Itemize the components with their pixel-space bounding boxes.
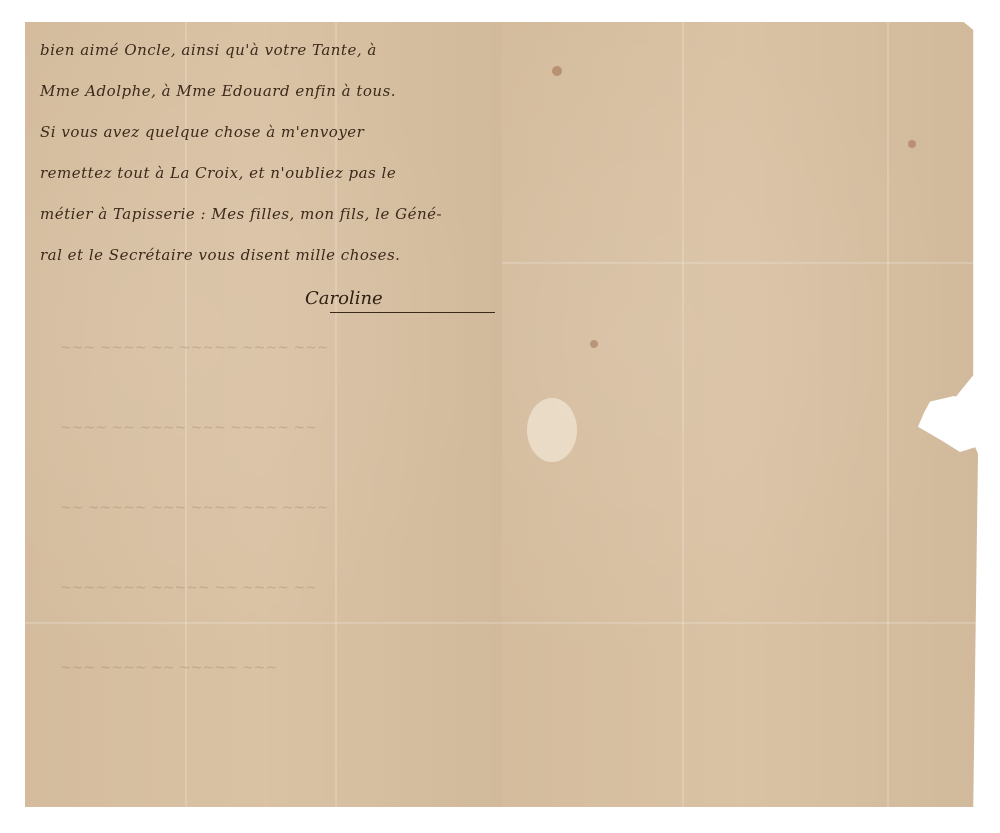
- bleed-through-text: ~~~~ ~~~ ~~~~~ ~~ ~~~~ ~~: [60, 580, 317, 596]
- bleed-through-text: ~~~~ ~~ ~~~~ ~~~ ~~~~~ ~~: [60, 420, 317, 436]
- letter-line: Mme Adolphe, à Mme Edouard enfin à tous.: [40, 71, 490, 112]
- bleed-through-text: ~~~ ~~~~ ~~ ~~~~~ ~~~~ ~~~: [60, 340, 329, 356]
- letter-line: bien aimé Oncle, ainsi qu'à votre Tante,…: [40, 30, 490, 71]
- signature: Caroline: [305, 288, 383, 309]
- letter-line: Si vous avez quelque chose à m'envoyer: [40, 112, 490, 153]
- fold-line: [682, 22, 684, 807]
- stain: [590, 340, 598, 348]
- letter-text: bien aimé Oncle, ainsi qu'à votre Tante,…: [40, 30, 490, 276]
- stain: [552, 66, 562, 76]
- letter-line: remettez tout à La Croix, et n'oubliez p…: [40, 153, 490, 194]
- fold-line: [887, 22, 889, 807]
- bleed-through-text: ~~~ ~~~~ ~~ ~~~~~ ~~~: [60, 660, 277, 676]
- fold-line: [502, 622, 978, 624]
- stain: [908, 140, 916, 148]
- bleed-through-text: ~~ ~~~~~ ~~~ ~~~~ ~~~ ~~~~: [60, 500, 329, 516]
- fold-line: [25, 622, 502, 624]
- wax-seal-mark: [527, 398, 577, 462]
- letter-line: métier à Tapisserie : Mes filles, mon fi…: [40, 194, 490, 235]
- signature-flourish: [330, 312, 495, 313]
- fold-line: [502, 262, 978, 264]
- letter-line: ral et le Secrétaire vous disent mille c…: [40, 235, 490, 276]
